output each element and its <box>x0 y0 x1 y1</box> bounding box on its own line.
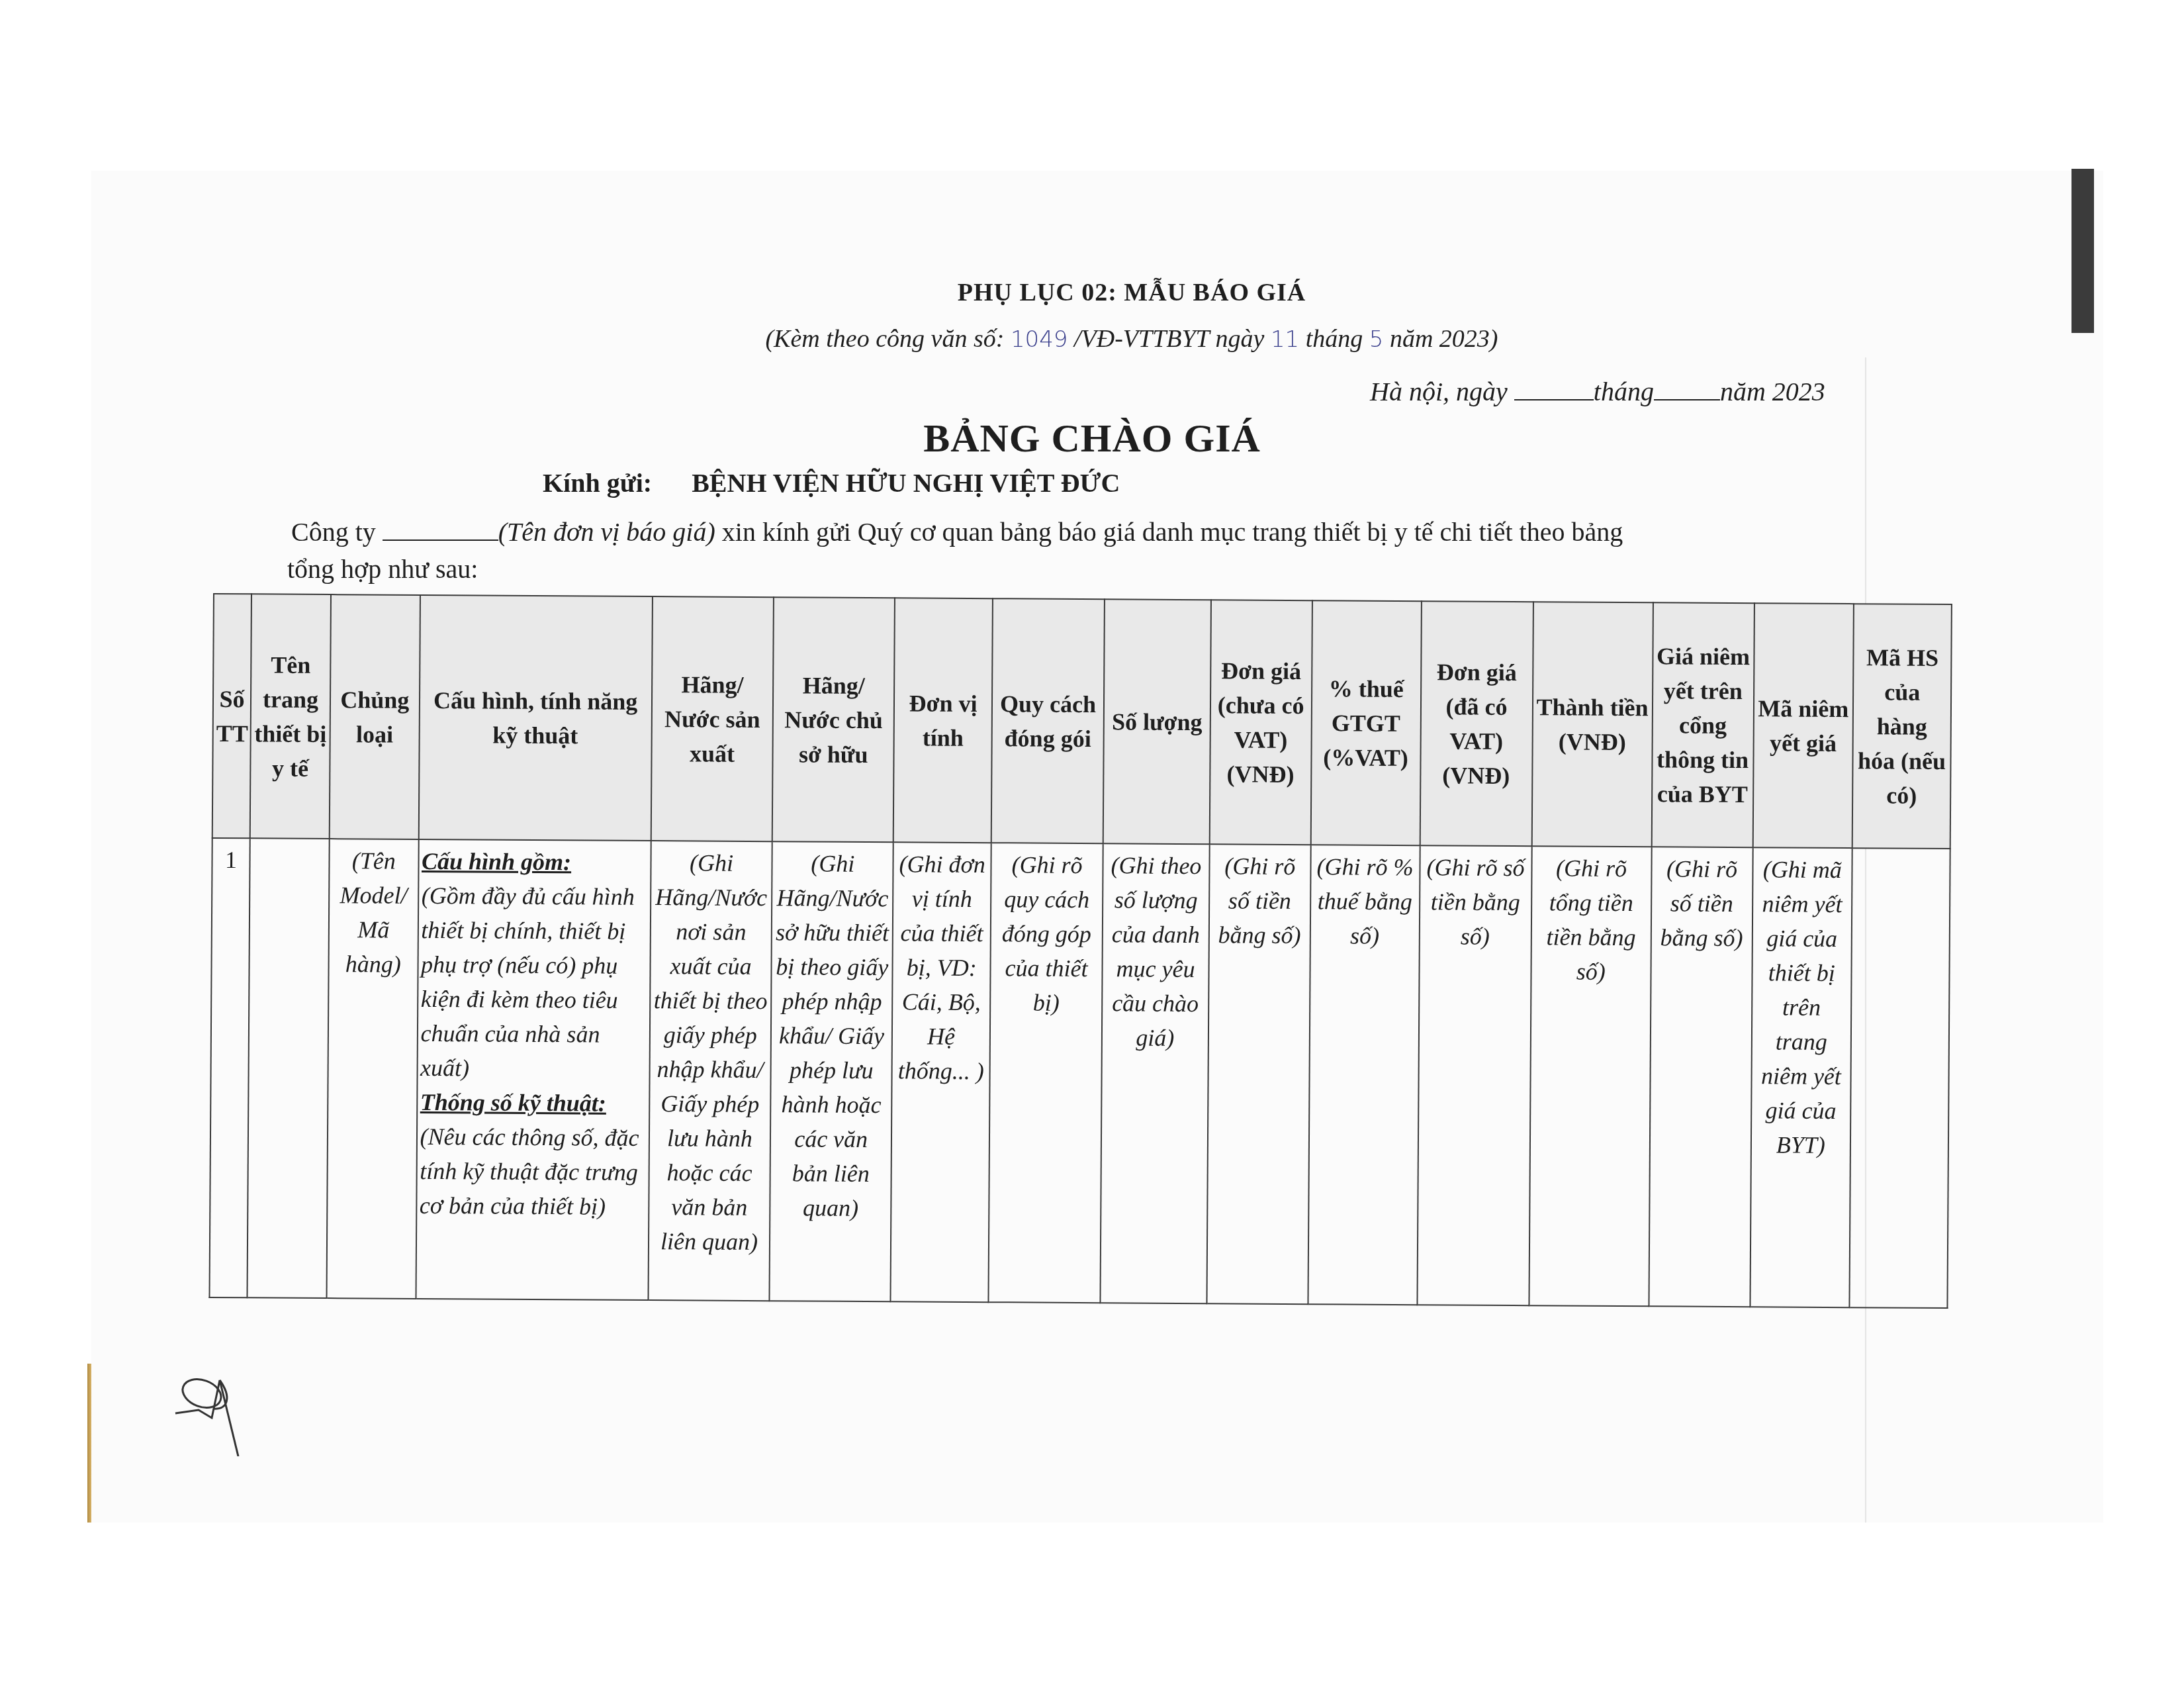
recipient-label: Kính gửi: <box>543 468 652 498</box>
company-label: Công ty <box>291 517 376 547</box>
intro-text: xin kính gửi Quý cơ quan bảng báo giá da… <box>722 517 1623 547</box>
col-header-listing-code: Mã niêm yết giá <box>1752 603 1854 848</box>
intro-paragraph: Công ty (Tên đơn vị báo giá) xin kính gử… <box>291 514 1899 588</box>
cell-hs-code[interactable] <box>1850 848 1950 1308</box>
config-text: (Gồm đầy đủ cấu hình thiết bị chính, thi… <box>420 882 635 1081</box>
attached-prefix: (Kèm theo công văn số: <box>765 325 1004 353</box>
cell-device-name[interactable] <box>248 838 330 1298</box>
day-handwritten: 11 <box>1271 326 1299 353</box>
signature-icon <box>172 1364 251 1456</box>
cell-vat-percent[interactable]: (Ghi rõ % thuế bằng số) <box>1308 845 1420 1305</box>
recipient-name: BỆNH VIỆN HỮU NGHỊ VIỆT ĐỨC <box>692 468 1120 498</box>
intro-text-line2: tổng hợp như sau: <box>287 551 1899 588</box>
cell-model[interactable]: (Tên Model/ Mã hàng) <box>327 839 419 1299</box>
cell-packaging[interactable]: (Ghi rõ quy cách đóng góp của thiết bị) <box>988 843 1103 1303</box>
col-header-vat-percent: % thuế GTGT (%VAT) <box>1310 600 1421 845</box>
specs-heading: Thống số kỹ thuật: <box>420 1085 647 1121</box>
cell-total[interactable]: (Ghi rõ tổng tiền tiền bằng số) <box>1529 846 1651 1306</box>
specs-text: (Nêu các thông số, đặc tính kỹ thuật đặc… <box>420 1123 639 1220</box>
col-header-price-no-vat: Đơn giá (chưa có VAT) (VNĐ) <box>1210 600 1312 845</box>
month-blank[interactable] <box>1654 379 1720 400</box>
col-header-quantity: Số lượng <box>1103 599 1211 844</box>
cell-price-no-vat[interactable]: (Ghi rõ số tiền bằng số) <box>1206 844 1310 1304</box>
attached-reference: (Kèm theo công văn số: 1049 /VĐ-VTTBYT n… <box>40 324 2184 353</box>
cell-unit[interactable]: (Ghi đơn vị tính của thiết bị, VD: Cái, … <box>891 842 991 1302</box>
cell-manufacturer[interactable]: (Ghi Hãng/Nước nơi sản xuất của thiết bị… <box>648 841 772 1301</box>
col-header-config: Cấu hình, tính năng kỹ thuật <box>418 595 653 841</box>
col-header-device-name: Tên trang thiết bị y tế <box>250 594 331 839</box>
year-text: năm 2023) <box>1390 325 1498 353</box>
month-handwritten: 5 <box>1369 326 1384 353</box>
col-header-owner: Hãng/ Nước chủ sở hữu <box>772 597 895 842</box>
month-label: tháng <box>1306 325 1363 353</box>
appendix-title: PHỤ LỤC 02: MẪU BÁO GIÁ <box>40 278 2184 307</box>
table-row: 1 (Tên Model/ Mã hàng) Cấu hình gồm: (Gồ… <box>210 838 1950 1308</box>
day-blank[interactable] <box>1514 379 1594 400</box>
col-header-total: Thành tiền (VNĐ) <box>1531 602 1653 847</box>
binder-clip <box>2071 169 2094 333</box>
col-header-price-with-vat: Đơn giá (đã có VAT) (VNĐ) <box>1420 601 1533 846</box>
table-header-row: Số TT Tên trang thiết bị y tế Chủng loại… <box>212 594 1952 849</box>
place-date: Hà nội, ngày thángnăm 2023 <box>1370 376 1825 407</box>
cell-owner[interactable]: (Ghi Hãng/Nước sở hữu thiết bị theo giấy… <box>770 841 894 1301</box>
doc-number-handwritten: 1049 <box>1011 326 1068 353</box>
cell-config[interactable]: Cấu hình gồm: (Gồm đầy đủ cấu hình thiết… <box>416 839 651 1300</box>
col-header-unit: Đơn vị tính <box>893 598 993 843</box>
cell-quantity[interactable]: (Ghi theo số lượng của danh mục yêu cầu … <box>1100 843 1209 1303</box>
col-header-packaging: Quy cách đóng gói <box>991 598 1105 843</box>
company-blank[interactable] <box>383 520 498 541</box>
place-label: Hà nội, ngày <box>1370 377 1508 406</box>
recipient: Kính gửi: BỆNH VIỆN HỮU NGHỊ VIỆT ĐỨC <box>543 467 1120 498</box>
col-header-hs-code: Mã HS của hàng hóa (nếu có) <box>1852 604 1952 849</box>
doc-code: /VĐ-VTTBYT ngày <box>1074 325 1265 353</box>
main-title: BẢNG CHÀO GIÁ <box>0 416 2184 461</box>
date-year: năm 2023 <box>1720 377 1825 406</box>
company-hint: (Tên đơn vị báo giá) <box>498 517 715 547</box>
quotation-table: Số TT Tên trang thiết bị y tế Chủng loại… <box>208 593 1952 1309</box>
cell-stt: 1 <box>210 838 250 1297</box>
col-header-model: Chủng loại <box>330 594 420 839</box>
date-month-label: tháng <box>1594 377 1654 406</box>
col-header-listed-price: Giá niêm yết trên cổng thông tin của BYT <box>1651 602 1754 847</box>
col-header-manufacturer: Hãng/ Nước sản xuất <box>651 596 774 841</box>
cell-listed-price[interactable]: (Ghi rõ số tiền bằng số) <box>1649 847 1752 1307</box>
cell-price-with-vat[interactable]: (Ghi rõ số tiền bằng số) <box>1417 845 1531 1305</box>
config-heading: Cấu hình gồm: <box>422 844 648 880</box>
cell-listing-code[interactable]: (Ghi mã niêm yết giá của thiết bị trên t… <box>1750 847 1852 1307</box>
sheet-edge <box>87 1364 91 1523</box>
col-header-stt: Số TT <box>212 594 251 838</box>
